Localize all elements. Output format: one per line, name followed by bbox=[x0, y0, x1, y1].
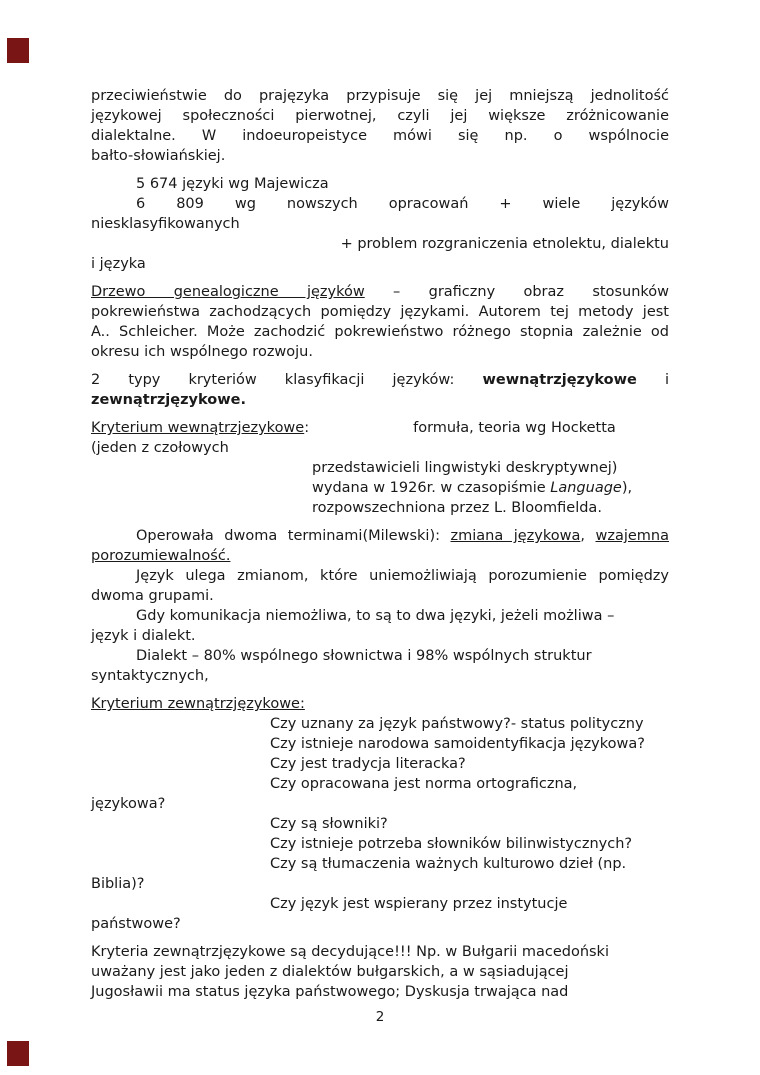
text-segment: Gdy komunikacja niemożliwa, to są to dwa… bbox=[136, 608, 614, 624]
text-segment: okresu ich wspólnego rozwoju. bbox=[91, 344, 313, 360]
text-segment: (jeden z czołowych bbox=[91, 440, 229, 456]
text-segment: Drzewo genealogiczne języków bbox=[91, 284, 365, 300]
text-line: pokrewieństwa zachodzących pomiędzy języ… bbox=[91, 302, 669, 322]
text-line: językowa? bbox=[91, 794, 669, 814]
text-segment: wydana w 1926r. w czasopiśmie bbox=[312, 480, 550, 496]
text-segment: Dialekt – 80% wspólnego słownictwa i 98%… bbox=[136, 648, 592, 664]
text-segment: Kryterium wewnątrzjezykowe bbox=[91, 420, 304, 436]
text-segment: formuła, teoria wg Hocketta bbox=[413, 420, 616, 436]
text-line: rozpowszechniona przez L. Bloomfielda. bbox=[91, 498, 669, 518]
text-segment: Czy są tłumaczenia ważnych kulturowo dzi… bbox=[270, 856, 626, 872]
text-line: Czy są tłumaczenia ważnych kulturowo dzi… bbox=[91, 854, 669, 874]
text-line: Czy opracowana jest norma ortograficzna, bbox=[91, 774, 669, 794]
text-line: wydana w 1926r. w czasopiśmie Language), bbox=[91, 478, 669, 498]
tree-definition: Drzewo genealogiczne języków – graficzny… bbox=[91, 282, 669, 362]
text-segment: Czy uznany za język państwowy?- status p… bbox=[270, 716, 644, 732]
text-segment: i języka bbox=[91, 256, 146, 272]
milewski-terms: Operowała dwoma terminami(Milewski): zmi… bbox=[91, 526, 669, 686]
text-segment: – graficzny obraz stosunków bbox=[365, 284, 669, 300]
text-line: Jugosławii ma status języka państwowego;… bbox=[91, 982, 669, 1002]
corner-mark-top-left bbox=[7, 38, 29, 63]
text-segment: 5 674 języki wg Majewicza bbox=[136, 176, 329, 192]
text-line: Kryteria zewnątrzjęzykowe są decydujące!… bbox=[91, 942, 669, 962]
text-segment: syntaktycznych, bbox=[91, 668, 209, 684]
text-line: państwowe? bbox=[91, 914, 669, 934]
text-segment: Kryteria zewnątrzjęzykowe są decydujące!… bbox=[91, 944, 609, 960]
text-line: Czy są słowniki? bbox=[91, 814, 669, 834]
text-line: Czy język jest wspierany przez instytucj… bbox=[91, 894, 669, 914]
text-segment: porozumiewalność. bbox=[91, 548, 230, 564]
tab-space bbox=[309, 431, 413, 432]
text-line: 6 809 wg nowszych opracowań + wiele języ… bbox=[91, 194, 669, 214]
text-segment: i bbox=[637, 372, 669, 388]
text-segment: dwoma grupami. bbox=[91, 588, 214, 604]
text-line: uważany jest jako jeden z dialektów bułg… bbox=[91, 962, 669, 982]
document-page: przeciwieństwie do prajęzyka przypisuje … bbox=[0, 0, 760, 1075]
text-line: Czy istnieje narodowa samoidentyfikacja … bbox=[91, 734, 669, 754]
text-line: Kryterium zewnątrzjęzykowe: bbox=[91, 694, 669, 714]
text-segment: Czy są słowniki? bbox=[270, 816, 388, 832]
text-segment: Kryterium zewnątrzjęzykowe: bbox=[91, 696, 305, 712]
text-segment: Operowała dwoma terminami(Milewski): bbox=[136, 528, 451, 544]
text-segment: Czy istnieje narodowa samoidentyfikacja … bbox=[270, 736, 645, 752]
text-segment: wewnątrzjęzykowe bbox=[482, 372, 636, 388]
conclusion-paragraph: Kryteria zewnątrzjęzykowe są decydujące!… bbox=[91, 942, 669, 1002]
text-segment: Czy język jest wspierany przez instytucj… bbox=[270, 896, 567, 912]
text-line: 5 674 języki wg Majewicza bbox=[91, 174, 669, 194]
text-segment: przeciwieństwie do prajęzyka przypisuje … bbox=[91, 88, 669, 104]
text-line: dwoma grupami. bbox=[91, 586, 669, 606]
text-line: Gdy komunikacja niemożliwa, to są to dwa… bbox=[91, 606, 669, 626]
text-segment: Biblia)? bbox=[91, 876, 144, 892]
text-segment: zmiana językowa bbox=[451, 528, 581, 544]
text-line: okresu ich wspólnego rozwoju. bbox=[91, 342, 669, 362]
text-line: Czy istnieje potrzeba słowników bilinwis… bbox=[91, 834, 669, 854]
text-line: Dialekt – 80% wspólnego słownictwa i 98%… bbox=[91, 646, 669, 666]
text-segment: język i dialekt. bbox=[91, 628, 196, 644]
text-segment: niesklasyfikowanych bbox=[91, 216, 240, 232]
text-segment: językowa? bbox=[91, 796, 165, 812]
text-line: i języka bbox=[91, 254, 669, 274]
language-counts: 5 674 języki wg Majewicza6 809 wg nowszy… bbox=[91, 174, 669, 274]
intro-paragraph: przeciwieństwie do prajęzyka przypisuje … bbox=[91, 86, 669, 166]
text-line: Drzewo genealogiczne języków – graficzny… bbox=[91, 282, 669, 302]
text-segment: rozpowszechniona przez L. Bloomfielda. bbox=[312, 500, 602, 516]
text-line: językowej społeczności pierwotnej, czyli… bbox=[91, 106, 669, 126]
text-segment: 6 809 wg nowszych opracowań + wiele języ… bbox=[136, 196, 669, 212]
page-number: 2 bbox=[0, 1009, 760, 1025]
text-segment: + problem rozgraniczenia etnolektu, dial… bbox=[341, 236, 669, 252]
text-segment: Jugosławii ma status języka państwowego;… bbox=[91, 984, 568, 1000]
text-line: Język ulega zmianom, które uniemożliwiaj… bbox=[91, 566, 669, 586]
text-line: Biblia)? bbox=[91, 874, 669, 894]
text-segment: ), bbox=[622, 480, 632, 496]
text-segment: przedstawicieli lingwistyki deskryptywne… bbox=[312, 460, 617, 476]
text-segment: językowej społeczności pierwotnej, czyli… bbox=[91, 108, 669, 124]
text-line: A.. Schleicher. Może zachodzić pokrewień… bbox=[91, 322, 669, 342]
text-line: język i dialekt. bbox=[91, 626, 669, 646]
text-segment: 2 typy kryteriów klasyfikacji języków: bbox=[91, 372, 482, 388]
text-line: syntaktycznych, bbox=[91, 666, 669, 686]
text-segment: państwowe? bbox=[91, 916, 181, 932]
text-segment: zewnątrzjęzykowe. bbox=[91, 392, 246, 408]
text-segment: : bbox=[304, 420, 309, 436]
text-line: bałto-słowiańskiej. bbox=[91, 146, 669, 166]
document-body: przeciwieństwie do prajęzyka przypisuje … bbox=[91, 86, 669, 1010]
text-line: + problem rozgraniczenia etnolektu, dial… bbox=[91, 234, 669, 254]
text-line: niesklasyfikowanych bbox=[91, 214, 669, 234]
text-line: Kryterium wewnątrzjezykowe:formuła, teor… bbox=[91, 418, 669, 438]
text-line: porozumiewalność. bbox=[91, 546, 669, 566]
text-line: Czy uznany za język państwowy?- status p… bbox=[91, 714, 669, 734]
corner-mark-bottom-left bbox=[7, 1041, 29, 1066]
text-segment: Czy jest tradycja literacka? bbox=[270, 756, 466, 772]
text-segment: dialektalne. W indoeuropeistyce mówi się… bbox=[91, 128, 669, 144]
text-segment: , bbox=[580, 528, 595, 544]
text-line: zewnątrzjęzykowe. bbox=[91, 390, 669, 410]
text-line: 2 typy kryteriów klasyfikacji języków: w… bbox=[91, 370, 669, 390]
criteria-types: 2 typy kryteriów klasyfikacji języków: w… bbox=[91, 370, 669, 410]
external-criterion: Kryterium zewnątrzjęzykowe:Czy uznany za… bbox=[91, 694, 669, 934]
text-line: Czy jest tradycja literacka? bbox=[91, 754, 669, 774]
text-segment: Czy istnieje potrzeba słowników bilinwis… bbox=[270, 836, 632, 852]
text-segment: A.. Schleicher. Może zachodzić pokrewień… bbox=[91, 324, 669, 340]
text-segment: Język ulega zmianom, które uniemożliwiaj… bbox=[136, 568, 669, 584]
internal-criterion: Kryterium wewnątrzjezykowe:formuła, teor… bbox=[91, 418, 669, 518]
text-line: dialektalne. W indoeuropeistyce mówi się… bbox=[91, 126, 669, 146]
text-segment: bałto-słowiańskiej. bbox=[91, 148, 225, 164]
text-line: przeciwieństwie do prajęzyka przypisuje … bbox=[91, 86, 669, 106]
text-line: (jeden z czołowych bbox=[91, 438, 669, 458]
text-segment: uważany jest jako jeden z dialektów bułg… bbox=[91, 964, 569, 980]
text-segment: Language bbox=[550, 480, 622, 496]
text-segment: Czy opracowana jest norma ortograficzna, bbox=[270, 776, 577, 792]
text-segment: wzajemna bbox=[596, 528, 670, 544]
text-line: Operowała dwoma terminami(Milewski): zmi… bbox=[91, 526, 669, 546]
text-line: przedstawicieli lingwistyki deskryptywne… bbox=[91, 458, 669, 478]
text-segment: pokrewieństwa zachodzących pomiędzy języ… bbox=[91, 304, 669, 320]
